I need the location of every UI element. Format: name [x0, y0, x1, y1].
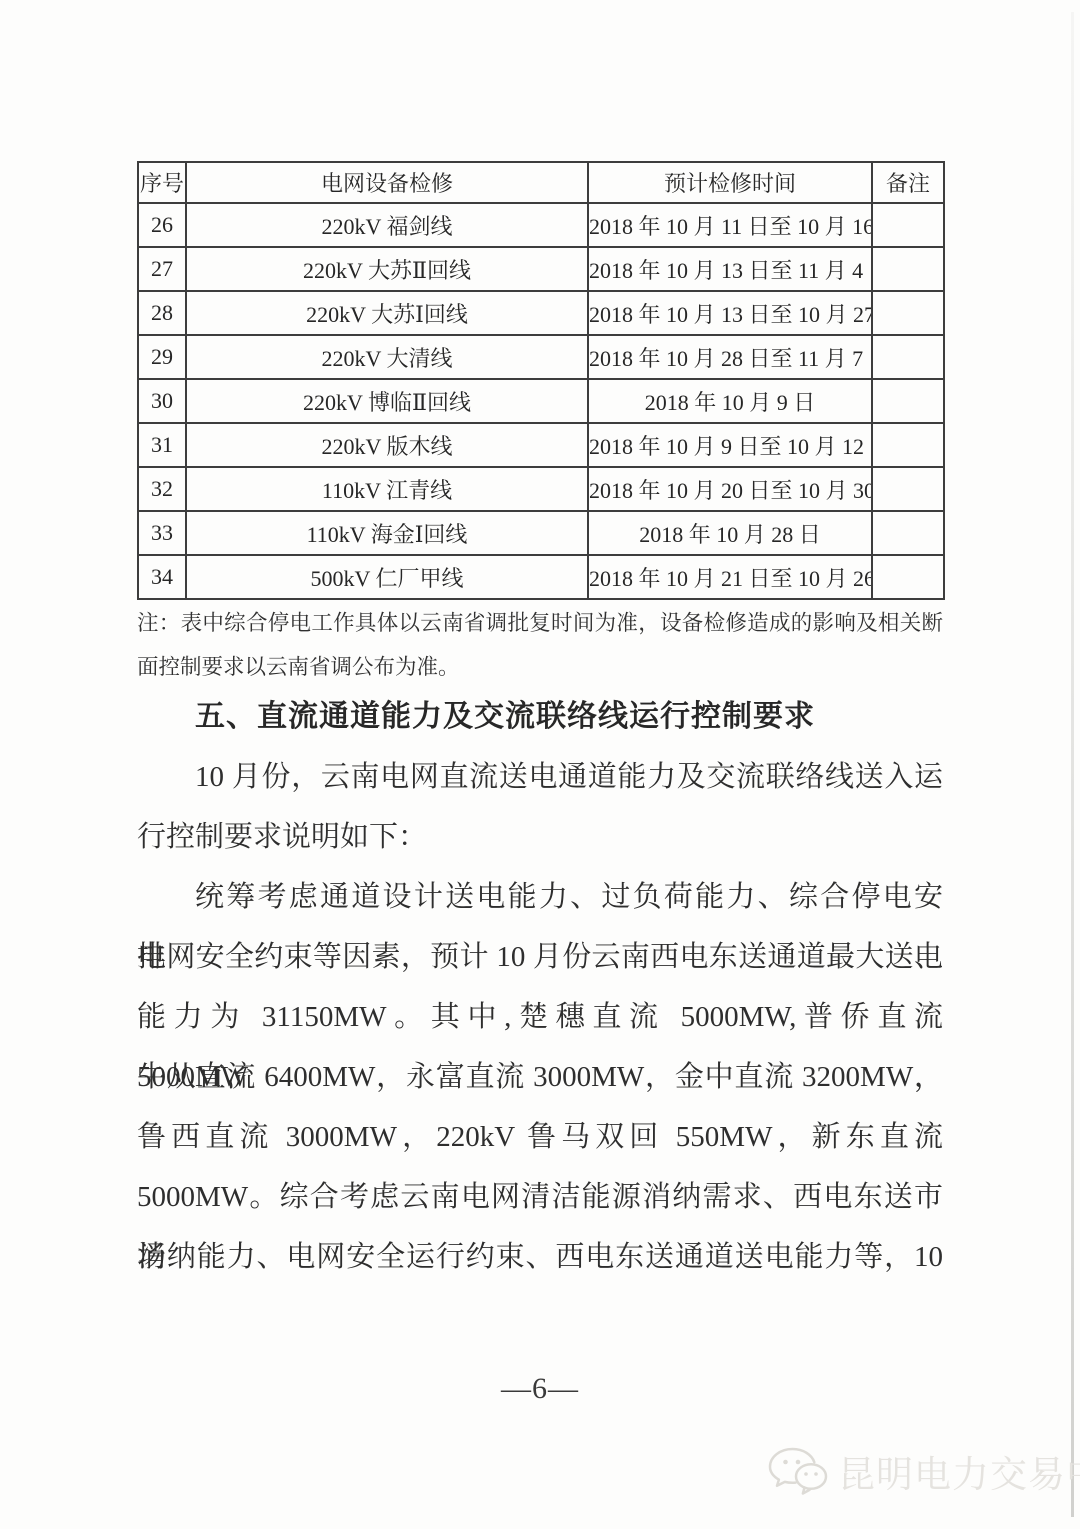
table-row: 27220kV 大苏Ⅱ回线2018 年 10 月 13 日至 11 月 4 日	[138, 247, 944, 291]
row-number-cell: 28	[138, 291, 186, 335]
table-header-row: 序号电网设备检修预计检修时间备注	[138, 162, 944, 203]
table-row: 33110kV 海金Ⅰ回线2018 年 10 月 28 日	[138, 511, 944, 555]
maintenance-table: 序号电网设备检修预计检修时间备注 26220kV 福剑线2018 年 10 月 …	[137, 161, 945, 600]
row-number-cell: 34	[138, 555, 186, 599]
remark-cell	[872, 467, 944, 511]
body-text: 10 月份，云南电网直流送电通道能力及交流联络线送入运行控制要求说明如下：统筹考…	[137, 747, 943, 1287]
time-cell: 2018 年 10 月 21 日至 10 月 26 日	[588, 555, 872, 599]
watermark-text: 昆明电力交易中心	[838, 1444, 1080, 1498]
equipment-cell: 110kV 江青线	[186, 467, 588, 511]
equipment-cell: 110kV 海金Ⅰ回线	[186, 511, 588, 555]
table-header-cell: 预计检修时间	[588, 162, 872, 203]
remark-cell	[872, 555, 944, 599]
equipment-cell: 500kV 仁厂甲线	[186, 555, 588, 599]
table-row: 34500kV 仁厂甲线2018 年 10 月 21 日至 10 月 26 日	[138, 555, 944, 599]
time-cell: 2018 年 10 月 13 日至 10 月 27 日	[588, 291, 872, 335]
document-page: 序号电网设备检修预计检修时间备注 26220kV 福剑线2018 年 10 月 …	[0, 0, 1080, 1529]
time-cell: 2018 年 10 月 13 日至 11 月 4 日	[588, 247, 872, 291]
row-number-cell: 27	[138, 247, 186, 291]
equipment-cell: 220kV 博临Ⅱ回线	[186, 379, 588, 423]
table-header-cell: 序号	[138, 162, 186, 203]
text-line: 面控制要求以云南省调公布为准。	[137, 645, 943, 689]
scan-edge-artifact	[1071, 12, 1074, 1517]
text-line: 能力为 31150MW。其中,楚穗直流 5000MW,普侨直流 5000MW，	[137, 987, 943, 1047]
text-line: 注：表中综合停电工作具体以云南省调批复时间为准，设备检修造成的影响及相关断	[137, 601, 943, 645]
remark-cell	[872, 335, 944, 379]
row-number-cell: 33	[138, 511, 186, 555]
page-number: —6—	[0, 1372, 1080, 1406]
remark-cell	[872, 291, 944, 335]
time-cell: 2018 年 10 月 9 日至 10 月 12 日	[588, 423, 872, 467]
row-number-cell: 29	[138, 335, 186, 379]
text-line: 行控制要求说明如下：	[137, 807, 943, 867]
table-row: 32110kV 江青线2018 年 10 月 20 日至 10 月 30 日	[138, 467, 944, 511]
table-row: 28220kV 大苏Ⅰ回线2018 年 10 月 13 日至 10 月 27 日	[138, 291, 944, 335]
row-number-cell: 26	[138, 203, 186, 247]
time-cell: 2018 年 10 月 20 日至 10 月 30 日	[588, 467, 872, 511]
remark-cell	[872, 423, 944, 467]
table-row: 26220kV 福剑线2018 年 10 月 11 日至 10 月 16 日	[138, 203, 944, 247]
row-number-cell: 31	[138, 423, 186, 467]
text-line: 电网安全约束等因素，预计 10 月份云南西电东送通道最大送电	[137, 927, 943, 987]
time-cell: 2018 年 10 月 9 日	[588, 379, 872, 423]
equipment-cell: 220kV 大清线	[186, 335, 588, 379]
table-note: 注：表中综合停电工作具体以云南省调批复时间为准，设备检修造成的影响及相关断面控制…	[137, 601, 943, 689]
table-row: 31220kV 版木线2018 年 10 月 9 日至 10 月 12 日	[138, 423, 944, 467]
row-number-cell: 32	[138, 467, 186, 511]
table-row: 29220kV 大清线2018 年 10 月 28 日至 11 月 7 日	[138, 335, 944, 379]
row-number-cell: 30	[138, 379, 186, 423]
time-cell: 2018 年 10 月 28 日	[588, 511, 872, 555]
equipment-cell: 220kV 福剑线	[186, 203, 588, 247]
remark-cell	[872, 379, 944, 423]
equipment-cell: 220kV 大苏Ⅱ回线	[186, 247, 588, 291]
time-cell: 2018 年 10 月 28 日至 11 月 7 日	[588, 335, 872, 379]
table-row: 30220kV 博临Ⅱ回线2018 年 10 月 9 日	[138, 379, 944, 423]
text-line: 10 月份，云南电网直流送电通道能力及交流联络线送入运	[137, 747, 943, 807]
wechat-bubbles-icon	[766, 1444, 830, 1498]
footer-watermark: 昆明电力交易中心	[766, 1444, 1080, 1498]
text-line: 牛从直流 6400MW，永富直流 3000MW，金中直流 3200MW，	[137, 1047, 943, 1107]
table-header-cell: 电网设备检修	[186, 162, 588, 203]
remark-cell	[872, 511, 944, 555]
section-heading: 五、直流通道能力及交流联络线运行控制要求	[137, 691, 943, 735]
equipment-cell: 220kV 版木线	[186, 423, 588, 467]
remark-cell	[872, 203, 944, 247]
text-line: 消纳能力、电网安全运行约束、西电东送通道送电能力等，10	[137, 1227, 943, 1287]
table-header-cell: 备注	[872, 162, 944, 203]
text-line: 鲁西直流 3000MW，220kV 鲁马双回 550MW，新东直流	[137, 1107, 943, 1167]
table-body: 26220kV 福剑线2018 年 10 月 11 日至 10 月 16 日27…	[138, 203, 944, 599]
text-line: 5000MW。综合考虑云南电网清洁能源消纳需求、西电东送市场	[137, 1167, 943, 1227]
text-line: 统筹考虑通道设计送电能力、过负荷能力、综合停电安排、	[137, 867, 943, 927]
remark-cell	[872, 247, 944, 291]
time-cell: 2018 年 10 月 11 日至 10 月 16 日	[588, 203, 872, 247]
equipment-cell: 220kV 大苏Ⅰ回线	[186, 291, 588, 335]
